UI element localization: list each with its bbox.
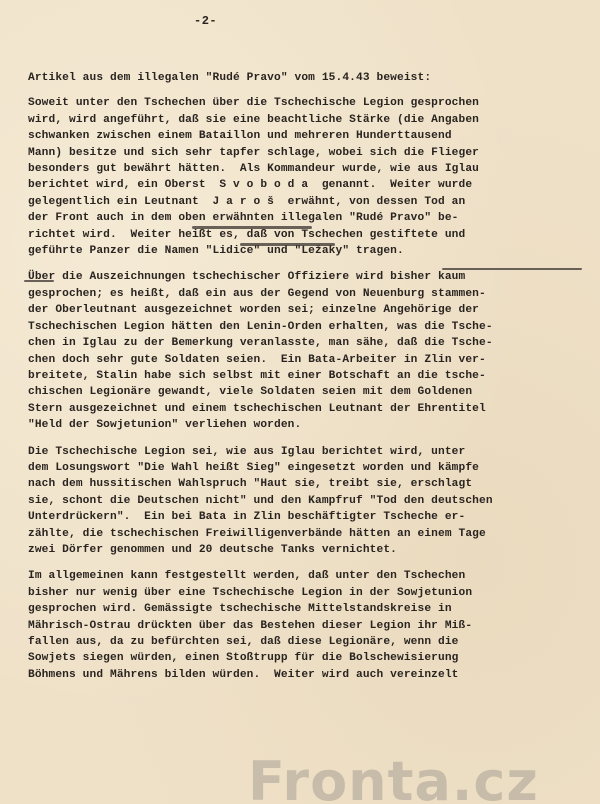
text-line: Sowjets siegen würden, einen Stoßtrupp f… [28, 650, 588, 666]
document-body: Artikel aus dem illegalen "Rudé Pravo" v… [28, 70, 588, 693]
text-line: Soweit unter den Tschechen über die Tsch… [28, 95, 588, 111]
text-line: Böhmens und Mährens bilden würden. Weite… [28, 667, 588, 683]
text-line: bisher nur wenig über eine Tschechische … [28, 585, 588, 601]
text-line: schwanken zwischen einem Bataillon und m… [28, 128, 588, 144]
watermark: Fronta.cz [248, 755, 539, 804]
intro-line: Artikel aus dem illegalen "Rudé Pravo" v… [28, 70, 588, 86]
paragraph-4: Im allgemeinen kann festgestellt werden,… [28, 568, 588, 683]
text-line: zwei Dörfer genommen und 20 deutsche Tan… [28, 542, 588, 558]
pencil-underline-mark [24, 280, 54, 282]
text-line: Stern ausgezeichnet und einem tschechisc… [28, 401, 588, 417]
text-line: gelegentlich ein Leutnant J a r o š erwä… [28, 194, 588, 210]
text-line: "Held der Sowjetunion" verliehen worden. [28, 417, 588, 433]
text-line: Im allgemeinen kann festgestellt werden,… [28, 568, 588, 584]
text-line: breitete, Stalin habe sich selbst mit ei… [28, 368, 588, 384]
text-line: besonders gut bewährt hätten. Als Komman… [28, 161, 588, 177]
text-line: richtet wird. Weiter heißt es, daß von T… [28, 227, 588, 243]
text-line: chen doch sehr gute Soldaten seien. Ein … [28, 352, 588, 368]
text-line: Unterdrückern". Ein bei Bata in Zlin bes… [28, 509, 588, 525]
text-line: nach dem hussitischen Wahlspruch "Haut s… [28, 476, 588, 492]
pencil-underline-mark [442, 268, 582, 270]
text-line: berichtet wird, ein Oberst S v o b o d a… [28, 177, 588, 193]
text-line: Über die Auszeichnungen tschechischer Of… [28, 269, 588, 285]
text-line: fallen aus, da zu befürchten sei, daß di… [28, 634, 588, 650]
text-line: Die Tschechische Legion sei, wie aus Igl… [28, 444, 588, 460]
paragraph-3: Die Tschechische Legion sei, wie aus Igl… [28, 444, 588, 559]
pencil-underline-mark [192, 226, 312, 229]
text-line: sie, schont die Deutschen nicht" und den… [28, 493, 588, 509]
paragraph-1: Soweit unter den Tschechen über die Tsch… [28, 95, 588, 259]
text-line: wird, wird angeführt, daß sie eine beach… [28, 112, 588, 128]
text-line: chischen Legionäre gewandt, viele Soldat… [28, 384, 588, 400]
text-line: chen in Iglau zu der Bemerkung veranlass… [28, 335, 588, 351]
paragraph-2: Über die Auszeichnungen tschechischer Of… [28, 269, 588, 433]
text-line: gesprochen; es heißt, daß ein aus der Ge… [28, 286, 588, 302]
text-line: gesprochen wird. Gemässigte tschechische… [28, 601, 588, 617]
text-line: Mährisch-Ostrau drückten über das Besteh… [28, 618, 588, 634]
page-number: -2- [194, 14, 217, 28]
text-line: Tschechischen Legion hätten den Lenin-Or… [28, 319, 588, 335]
text-line: dem Losungswort "Die Wahl heißt Sieg" ei… [28, 460, 588, 476]
text-line: der Oberleutnant ausgezeichnet worden se… [28, 302, 588, 318]
text-line: zählte, die tschechischen Freiwilligenve… [28, 526, 588, 542]
pencil-underline-mark [240, 243, 335, 246]
text-line: der Front auch in dem oben erwähnten ill… [28, 210, 588, 226]
text-line: Mann) besitze und sich sehr tapfer schla… [28, 145, 588, 161]
